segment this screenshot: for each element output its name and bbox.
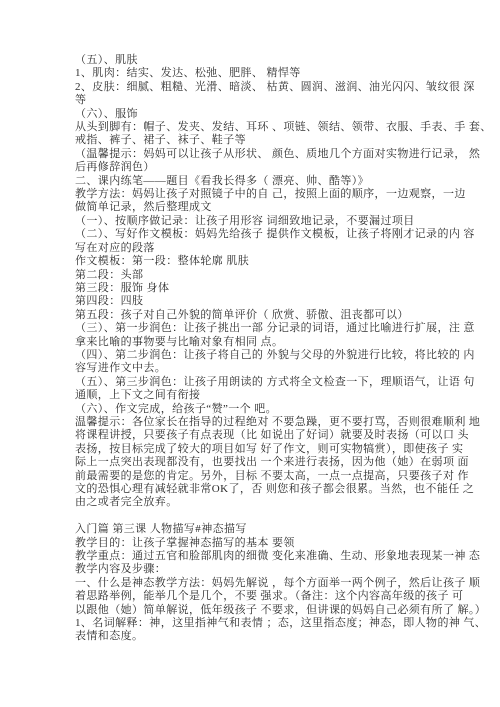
text-line: 表扬，按目标完成了较大的项目如写 好了作文，则可实物犒赏），即使孩子 实 — [75, 443, 495, 456]
text-line: 文的恐惧心理有减轻就非常OK了，否 则您和孩子都会很累。当然，也不能任 之 — [75, 483, 495, 496]
text-line: 容写进作文中去。 — [75, 362, 495, 375]
text-line: 第三段：服饰 身体 — [75, 282, 495, 295]
text-line: （三）、第一步润色：让孩子挑出一部 分记录的词语，通过比喻进行扩展，注 意 — [75, 322, 495, 335]
text-line: 第五段：孩子对自己外貌的简单评价（ 欣赏、骄傲、沮丧都可以） — [75, 309, 495, 322]
text-line: 1、肌肉：结实、发达、松弛、肥胖、 精悍等 — [75, 67, 495, 80]
text-line: 温馨提示：各位家长在指导的过程绝对 不要急躁，更不要打骂，否则很难顺利 地 — [75, 416, 495, 429]
text-line — [75, 510, 495, 523]
text-line: （六）、作文完成，给孩子“赞”一个 吧。 — [75, 403, 495, 416]
text-line: （五）、肌肤 — [75, 54, 495, 67]
text-line: 写在对应的段落 — [75, 242, 495, 255]
text-line: 等 — [75, 94, 495, 107]
text-line: 第二段：头部 — [75, 269, 495, 282]
text-line: 教学目的：让孩子掌握神态描写的基本 要领 — [75, 537, 495, 550]
text-line: （六）、服饰 — [75, 108, 495, 121]
text-line: 教学方法：妈妈让孩子对照镜子中的自 己，按照上面的顺序，一边观察，一边 — [75, 188, 495, 201]
text-line: 拿来比喻的事物要与比喻对象有相同 点。 — [75, 336, 495, 349]
text-line: 入门篇 第三课 人物描写#神态描写 — [75, 523, 495, 536]
text-line: 将课程讲授，只要孩子有点表现（比 如说出了好词）就要及时表扬（可以口 头 — [75, 429, 495, 442]
text-line: 前最需要的是您的肯定。另外，目标 不要太高，一点一点提高，只要孩子对 作 — [75, 470, 495, 483]
text-line: 际上一点突出表现都没有，也要找出 一个来进行表扬，因为他（她）在弱项 面 — [75, 456, 495, 469]
text-line: 1、名词解释：神，这里指神气和表情 ；态，这里指态度；神态，即人物的神 气、 — [75, 617, 495, 630]
text-line: 戒指、裤子、裙子、袜子、鞋子等 — [75, 134, 495, 147]
text-line: 做简单记录，然后整理成文 — [75, 201, 495, 214]
document-text-block: （五）、肌肤1、肌肉：结实、发达、松弛、肥胖、 精悍等2、皮肤：细腻、粗糙、光滑… — [75, 54, 495, 644]
text-line: 由之或者完全放弃。 — [75, 496, 495, 509]
text-line: 后再修辞润色） — [75, 161, 495, 174]
text-line: （温馨提示：妈妈可以让孩子从形状、 颜色、质地几个方面对实物进行记录， 然 — [75, 148, 495, 161]
text-line: 二、课内练笔——题目《看我长得多（ 漂亮、帅、酷等）》 — [75, 175, 495, 188]
text-line: 教学内容及步骤： — [75, 563, 495, 576]
document-page: （五）、肌肤1、肌肉：结实、发达、松弛、肥胖、 精悍等2、皮肤：细腻、粗糙、光滑… — [0, 0, 500, 707]
text-line: （四）、第二步润色：让孩子将自己的 外貌与父母的外貌进行比较，将比较的 内 — [75, 349, 495, 362]
text-line: 第四段：四肢 — [75, 295, 495, 308]
text-line: 2、皮肤：细腻、粗糙、光滑、暗淡、 枯黄、圆润、滋润、油光闪闪、皱纹很 深 — [75, 81, 495, 94]
text-line: （五）、第三步润色：让孩子用朗读的 方式将全文检查一下，理顺语气，让语 句 — [75, 376, 495, 389]
text-line: 表情和态度。 — [75, 630, 495, 643]
text-line: 通顺，上下文之间有衔接 — [75, 389, 495, 402]
text-line: 从头到脚有：帽子、发夹、发结、耳环 、项链、领结、领带、衣服、手表、手 套、 — [75, 121, 495, 134]
text-line: 着思路举例，能举几个是几个，不要 强求。（备注：这个内容高年级的孩子 可 — [75, 590, 495, 603]
text-line: （一）、按顺序做记录：让孩子用形容 词细致地记录，不要漏过项目 — [75, 215, 495, 228]
text-line: 以跟他（她）简单解说，低年级孩子 不要求，但讲课的妈妈自己必须有所了 解。） — [75, 604, 495, 617]
text-line: 一、什么是神态教学方法：妈妈先解说 ，每个方面举一两个例子，然后让孩子 顺 — [75, 577, 495, 590]
text-line: 教学重点：通过五官和脸部肌肉的细微 变化来准确、生动、形象地表现某一神 态 — [75, 550, 495, 563]
text-line: 作文模板：第一段：整体轮廓 肌肤 — [75, 255, 495, 268]
text-line: （二）、写好作文模板：妈妈先给孩子 提供作文模板，让孩子将刚才记录的内 容 — [75, 228, 495, 241]
